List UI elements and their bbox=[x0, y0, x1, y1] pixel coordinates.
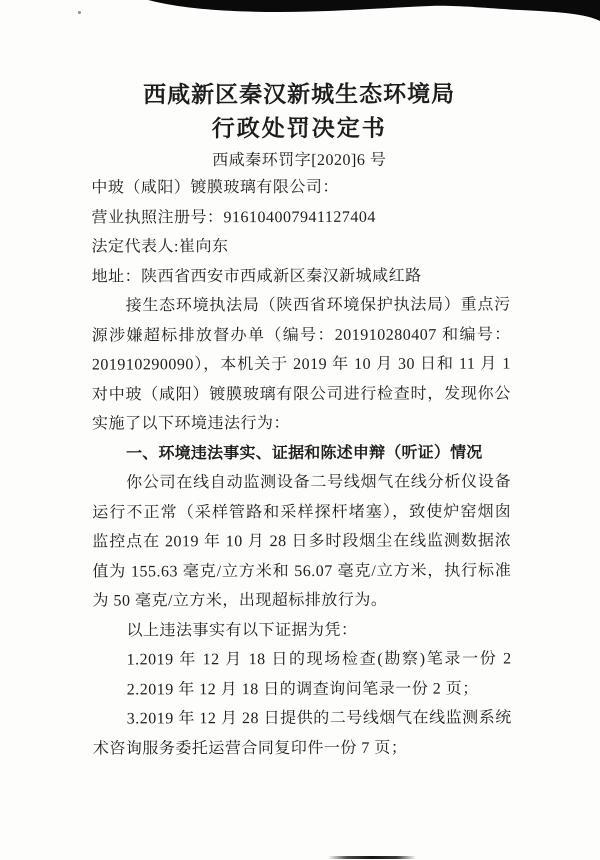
intro-paragraph-line: 201910290090），本机关于 2019 年 10 月 30 日和 11 … bbox=[92, 349, 511, 380]
scanned-document-page: 西咸新区秦汉新城生态环境局 行政处罚决定书 西咸秦环罚字[2020]6 号 中玻… bbox=[0, 0, 600, 860]
intro-paragraph-line: 接生态环境执法局（陕西省环境保护执法局）重点污染 bbox=[92, 290, 511, 321]
violation-paragraph-line: 运行不正常（采样管路和采样探杆堵塞），致使炉窑烟囱 02 bbox=[92, 497, 511, 528]
violation-paragraph-line: 值为 155.63 毫克/立方米和 56.07 毫克/立方米，执行标准 bbox=[92, 556, 511, 587]
address-line: 地址：陕西省西安市西咸新区秦汉新城咸红路 bbox=[92, 261, 511, 292]
evidence-item-line: 1.2019 年 12 月 18 日的现场检查(勘察)笔录一份 2 页； bbox=[93, 644, 512, 675]
violation-paragraph-line: 监控点在 2019 年 10 月 28 日多时段烟尘在线监测数据浓度 bbox=[92, 526, 511, 557]
document-type-title: 行政处罚决定书 bbox=[0, 109, 599, 144]
scan-streak-artifact bbox=[328, 856, 416, 859]
violation-paragraph-line: 你公司在线自动监测设备二号线烟气在线分析仪设备 bbox=[92, 467, 511, 498]
document-number: 西咸秦环罚字[2020]6 号 bbox=[0, 146, 599, 171]
document-body: 中玻（咸阳）镀膜玻璃有限公司： 营业执照注册号：9161040079411274… bbox=[91, 172, 512, 763]
evidence-item-line: 3.2019 年 12 月 28 日提供的二号线烟气在线监测系统技 bbox=[93, 703, 512, 734]
intro-paragraph-line: 对中玻（咸阳）镀膜玻璃有限公司进行检查时，发现你公司 bbox=[92, 379, 511, 410]
evidence-intro-line: 以上违法事实有以下证据为凭： bbox=[92, 615, 511, 646]
section-heading: 一、环境违法事实、证据和陈述申辩（听证）情况 bbox=[92, 438, 511, 469]
evidence-item-line: 2.2019 年 12 月 18 日的调查询问笔录一份 2 页； bbox=[93, 674, 512, 705]
legal-representative-line: 法定代表人:崔向东 bbox=[91, 231, 510, 262]
license-number-line: 营业执照注册号：916104007941127404 bbox=[91, 202, 510, 233]
agency-title: 西咸新区秦汉新城生态环境局 bbox=[0, 75, 599, 110]
evidence-item-line: 术咨询服务委托运营合同复印件一份 7 页； bbox=[93, 733, 512, 764]
intro-paragraph-line: 实施了以下环境违法行为： bbox=[92, 408, 511, 439]
document-content: 西咸新区秦汉新城生态环境局 行政处罚决定书 西咸秦环罚字[2020]6 号 中玻… bbox=[0, 0, 600, 860]
recipient-company-line: 中玻（咸阳）镀膜玻璃有限公司： bbox=[91, 172, 510, 203]
intro-paragraph-line: 源涉嫌超标排放督办单（编号：201910280407 和编号： bbox=[92, 320, 511, 351]
violation-paragraph-line: 为 50 毫克/立方米，出现超标排放行为。 bbox=[92, 585, 511, 616]
